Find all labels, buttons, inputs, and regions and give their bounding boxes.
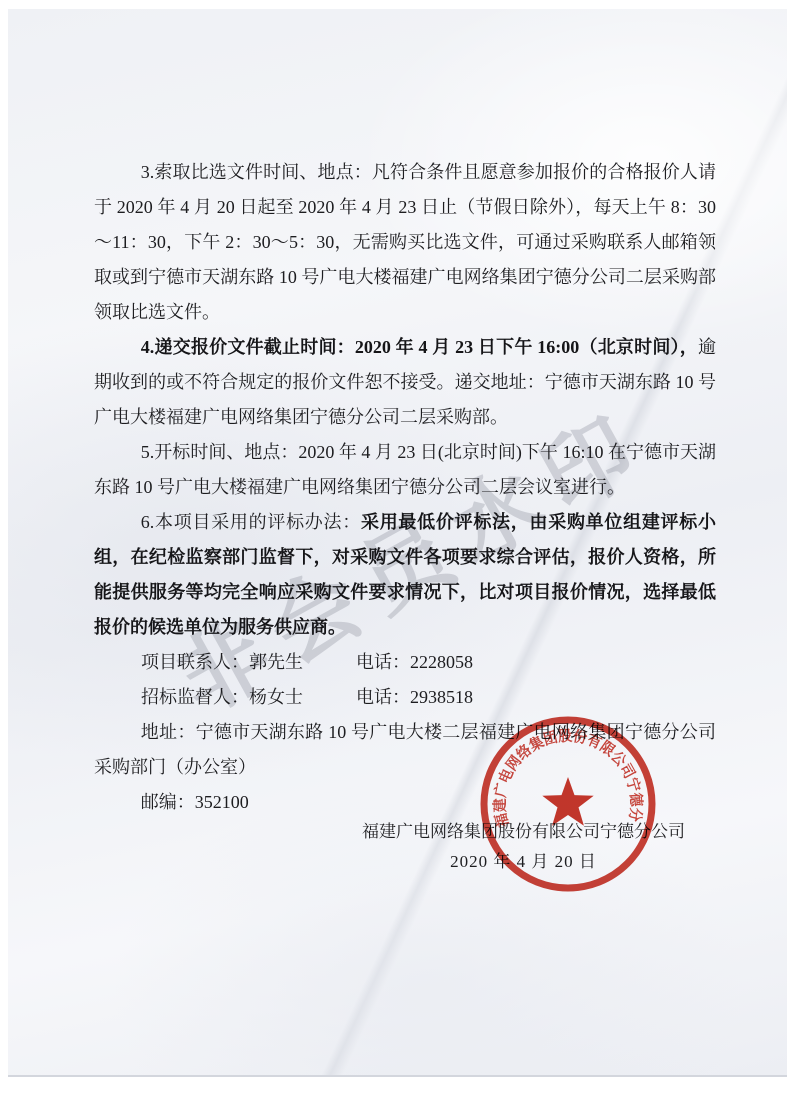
- project-phone-number: 2228058: [410, 652, 473, 672]
- supervision-phone-label: 电话：: [356, 687, 410, 707]
- scanned-document-page: 非会员水印 3.索取比选文件时间、地点：凡符合条件且愿意参加报价的合格报价人请于…: [0, 0, 792, 1093]
- paragraph-item-6: 6.本项目采用的评标办法：采用最低价评标法，由采购单位组建评标小组，在纪检监察部…: [94, 505, 716, 645]
- project-phone-label: 电话：: [356, 652, 410, 672]
- company-seal: 福建广电网络集团股份有限公司宁德分公司: [458, 694, 678, 914]
- project-contact-name: 项目联系人：郭先生: [141, 645, 356, 680]
- supervision-contact-name: 招标监督人：杨女士: [141, 680, 356, 715]
- project-contact-label: 项目联系人：: [141, 652, 249, 672]
- project-contact-phone: 电话：2228058: [356, 645, 716, 680]
- project-contact-row: 项目联系人：郭先生 电话：2228058: [94, 645, 716, 680]
- paragraph-item-4: 4.递交报价文件截止时间：2020 年 4 月 23 日下午 16:00（北京时…: [94, 330, 716, 435]
- item-4-deadline-bold: 4.递交报价文件截止时间：2020 年 4 月 23 日下午 16:00（北京时…: [141, 337, 698, 357]
- paragraph-item-3: 3.索取比选文件时间、地点：凡符合条件且愿意参加报价的合格报价人请于 2020 …: [94, 155, 716, 330]
- supervision-contact-label: 招标监督人：: [141, 687, 249, 707]
- seal-star-icon: [542, 777, 593, 826]
- item-6-lead: 6.本项目采用的评标办法：: [141, 512, 361, 532]
- supervision-contact-person: 杨女士: [249, 687, 303, 707]
- project-contact-person: 郭先生: [249, 652, 303, 672]
- paragraph-item-5: 5.开标时间、地点：2020 年 4 月 23 日(北京时间)下午 16:10 …: [94, 435, 716, 505]
- scan-paper: 非会员水印 3.索取比选文件时间、地点：凡符合条件且愿意参加报价的合格报价人请于…: [8, 9, 787, 1077]
